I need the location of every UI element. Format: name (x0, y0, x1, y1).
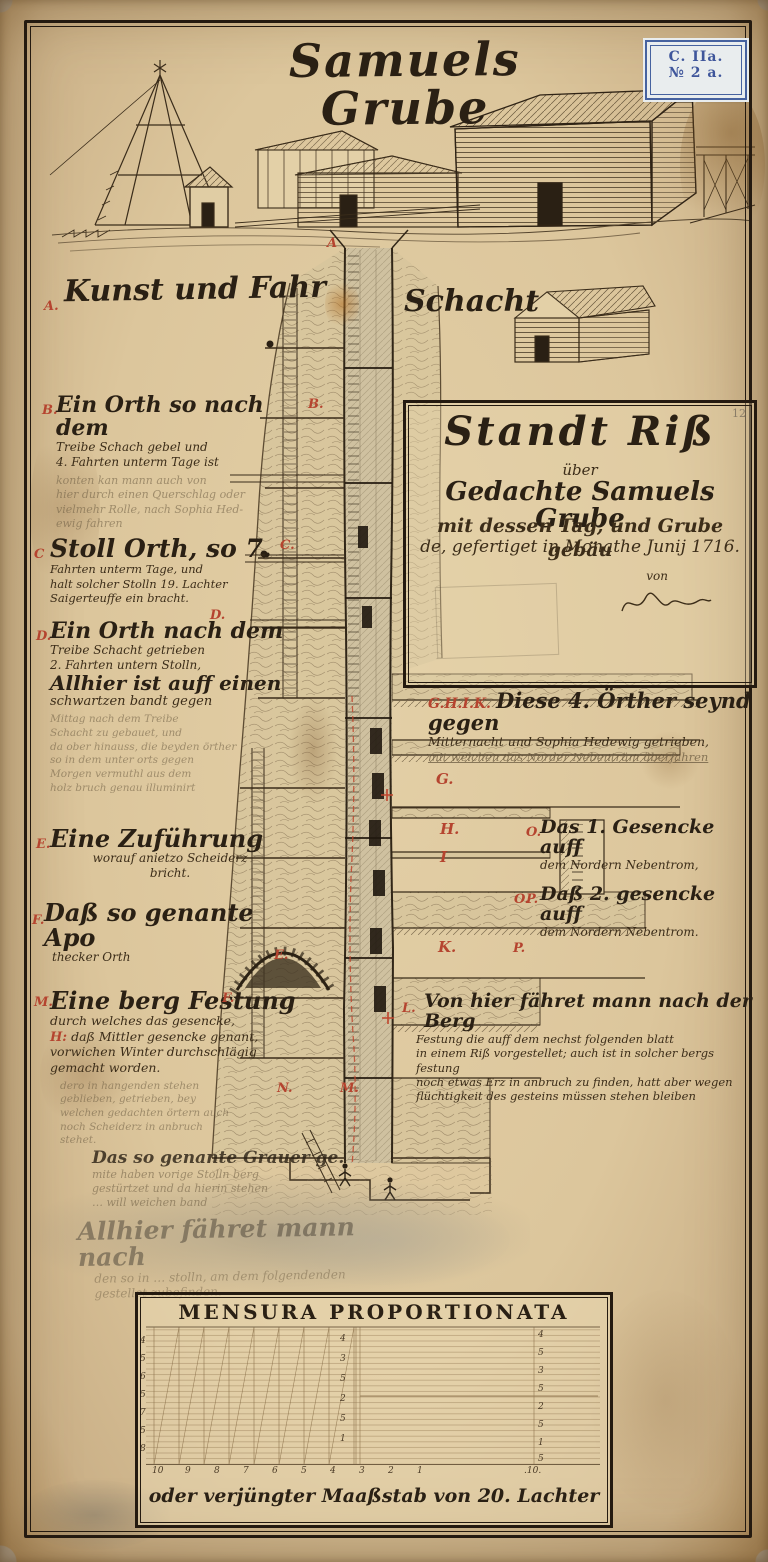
archive-label: C. IIa. № 2 a. (645, 40, 747, 100)
pencil-sketch (435, 583, 559, 659)
shaft-letter-g: G. (436, 772, 454, 787)
annotation-b-letter: B. (42, 404, 58, 417)
paper-sheet: Samuels Grube C. IIa. № 2 a. A. Kunst un… (0, 0, 768, 1562)
scale-left-number: 8 (140, 1445, 146, 1454)
annotation-m-sub: durch welches das gesencke, (50, 1013, 310, 1029)
annotation-d-head2: Allhier ist auff einen (50, 673, 300, 694)
scale-mid-number: 4 (340, 1335, 346, 1344)
annotation-f: F. Daß so genante Apo thecker Orth (44, 900, 304, 965)
shaft-letter-m: M. (340, 1082, 359, 1095)
scale-mid-number: 2 (340, 1395, 346, 1404)
annotation-e-head: Eine Zuführung (50, 826, 290, 851)
scale-title: MENSURA PROPORTIONATA (138, 1300, 610, 1324)
scale-mid-number: 1 (340, 1435, 346, 1444)
scale-left-number: 5 (140, 1427, 146, 1436)
scale-box: MENSURA PROPORTIONATA 4 5 6 5 7 5 8 4 3 … (135, 1292, 613, 1528)
annotation-e-sub: worauf anietzo Scheiderz bricht. (50, 851, 290, 881)
annotation-l: L. Von hier fähret mann nach der Berg Fe… (410, 992, 760, 1104)
cartouche-byline: von (646, 569, 668, 584)
gesencke-1-sub: dem Nordern Nebentrom, (540, 858, 760, 873)
scale-right-number: 5 (538, 1349, 544, 1358)
annotation-b-sub: Treibe Schach gebel und 4. Fahrten unter… (56, 440, 286, 470)
annotation-d: D. Ein Orth nach dem Treibe Schacht getr… (50, 620, 300, 795)
scale-left-number: 7 (140, 1409, 146, 1418)
annotation-b-head: Ein Orth so nach dem (56, 394, 286, 440)
annotation-f-letter: F. (32, 914, 44, 927)
shaft-letter-f: F. (222, 992, 234, 1005)
annotation-d-faint: Mittag nach dem Treibe Schacht zu gebaue… (50, 713, 300, 795)
shaft-letter-a-margin: A. (44, 300, 59, 313)
annotation-f-sub: thecker Orth (52, 950, 304, 965)
annotation-d-letter: D. (36, 630, 51, 643)
scale-bottom-number: 7 (243, 1467, 249, 1476)
scale-bottom-number: 9 (185, 1467, 191, 1476)
shaft-letter-a: A (327, 237, 337, 250)
annotation-grauer-faint: mite haben vorige Stolln berg gestürtzet… (92, 1168, 372, 1211)
shaft-letter-o: O. (514, 893, 529, 906)
scale-bottom-number: 4 (330, 1467, 336, 1476)
gesencke-2-head: Daß 2. gesencke auff (540, 885, 760, 925)
annotation-l-sub: Festung die auff dem nechst folgenden bl… (416, 1032, 760, 1104)
document-title: Samuels Grube (205, 34, 606, 134)
scale-left-number: 5 (140, 1355, 146, 1364)
gesencke-1-letter: O. (526, 826, 541, 839)
scale-mid-number: 5 (340, 1375, 346, 1384)
scale-right-number: 2 (538, 1403, 544, 1412)
annotation-b: B. Ein Orth so nach dem Treibe Schach ge… (56, 394, 286, 531)
annotation-ghik-faint: mit welchen das Norder Nebentrüm überfah… (428, 750, 760, 765)
annotation-l-letter: L. (402, 1002, 416, 1015)
annotation-c-sub: Fahrten unterm Tage, und halt solcher St… (50, 562, 290, 605)
cartouche-line1: Standt Riß (406, 411, 754, 453)
annotation-ghik-sub: Mitternacht und Sophia Hedewig getrieben… (428, 734, 760, 750)
cartouche-line5: de, gefertiget in Monathe Junij 1716. (406, 537, 754, 558)
shaft-letter-k: K. (438, 940, 456, 955)
shaft-letter-b: B. (308, 398, 324, 411)
scale-bottom-number: 2 (388, 1467, 394, 1476)
scale-right-number: 5 (538, 1455, 544, 1464)
gesencke-entry-1: O. Das 1. Gesencke auff dem Nordern Nebe… (540, 818, 760, 873)
annotation-ghik: G.H.I.K. Diese 4. Örther seynd gegen Mit… (428, 690, 760, 765)
annotation-f-head: Daß so genante Apo (44, 900, 304, 950)
scale-left-number: 6 (140, 1373, 146, 1382)
shaft-letter-c: C. (280, 539, 295, 552)
annotation-d-head: Ein Orth nach dem (50, 620, 300, 643)
shaft-letter-h: H. (440, 822, 459, 837)
annotation-d-sub2: schwartzen bandt gegen (50, 694, 300, 710)
annotation-faded-head: Allhier fähret mann nach (77, 1213, 428, 1272)
shaft-letter-i: I (440, 850, 447, 865)
annotation-m-head: Eine berg Festung (50, 988, 310, 1013)
scale-grid-drawing (146, 1327, 600, 1465)
annotation-d-sub: Treibe Schacht getrieben 2. Fahrten unte… (50, 643, 300, 673)
scale-bottom-number: 10 (152, 1467, 163, 1476)
annotation-faded-bottom: Allhier fähret mann nach den so in … sto… (77, 1213, 428, 1303)
annotation-grauer-head: Das so genante Grauer ge. (92, 1150, 372, 1168)
annotation-c-head: Stoll Orth, so 7. (50, 536, 290, 562)
scale-caption: oder verjüngter Maaßstab von 20. Lachter (138, 1487, 610, 1507)
cartouche-pencil-note: 12 (732, 407, 746, 420)
cartouche-line3: Gedachte Samuels Grube (406, 479, 754, 534)
scale-right-number: 4 (538, 1331, 544, 1340)
archive-label-line2: № 2 a. (647, 65, 745, 81)
annotation-c: C Stoll Orth, so 7. Fahrten unterm Tage,… (50, 536, 290, 605)
annotation-m: M. Eine berg Festung durch welches das g… (50, 988, 310, 1148)
scale-right-number: 5 (538, 1385, 544, 1394)
scanned-mine-map: Samuels Grube C. IIa. № 2 a. A. Kunst un… (0, 0, 768, 1562)
scale-left-number: 4 (140, 1337, 146, 1346)
scale-bottom-number: 5 (301, 1467, 307, 1476)
cartouche-line4: mit dessen Tag, und Grube gebäu (406, 515, 754, 563)
scale-right-number: 1 (538, 1439, 544, 1448)
annotation-m-letter: M. (34, 996, 53, 1009)
gesencke-2-sub: dem Nordern Nebentrom. (540, 925, 760, 940)
annotation-e-letter: E. (36, 838, 50, 851)
annotation-gesencke: O. Das 1. Gesencke auff dem Nordern Nebe… (540, 818, 760, 940)
annotation-m-sub2: daß Mittler gesencke genant, vorwichen W… (50, 1029, 258, 1075)
scale-bottom-number: 1 (417, 1467, 423, 1476)
annotation-b-faint: konten kan mann auch von hier durch eine… (56, 474, 286, 531)
annotation-l-head: Von hier fähret mann nach der Berg (424, 992, 760, 1032)
title-cartouche: 12 Standt Riß über Gedachte Samuels Grub… (403, 400, 757, 688)
scale-bottom-number: 6 (272, 1467, 278, 1476)
scale-bottom-number: 3 (359, 1467, 365, 1476)
gesencke-entry-2: P. Daß 2. gesencke auff dem Nordern Nebe… (540, 885, 760, 940)
archive-label-line1: C. IIa. (647, 49, 745, 65)
shaft-letter-d: D. (210, 609, 225, 622)
scale-right-end-number: .10. (524, 1467, 541, 1476)
annotation-e: E. Eine Zuführung worauf anietzo Scheide… (50, 826, 290, 881)
shaft-letter-e: E. (274, 949, 288, 962)
annotation-m-faint: dero in hangenden stehen geblieben, getr… (60, 1080, 310, 1148)
scale-right-number: 5 (538, 1421, 544, 1430)
scale-bottom-number: 8 (214, 1467, 220, 1476)
heading-schacht: Schacht (404, 286, 539, 318)
shaft-letter-n: N. (277, 1082, 293, 1095)
annotation-grauer: Das so genante Grauer ge. mite haben vor… (92, 1150, 372, 1211)
cartouche-line2: über (406, 461, 754, 480)
annotation-m-red-h: H: (50, 1030, 67, 1045)
scale-mid-number: 3 (340, 1355, 346, 1364)
scale-right-number: 3 (538, 1367, 544, 1376)
annotation-c-letter: C (34, 548, 44, 561)
scale-left-number: 5 (140, 1391, 146, 1400)
heading-kunst-und-fahr: Kunst und Fahr (64, 272, 327, 308)
shaft-letter-p: P. (513, 942, 525, 955)
signature-monogram (614, 583, 714, 623)
scale-mid-number: 5 (340, 1415, 346, 1424)
gesencke-1-head: Das 1. Gesencke auff (540, 818, 760, 858)
